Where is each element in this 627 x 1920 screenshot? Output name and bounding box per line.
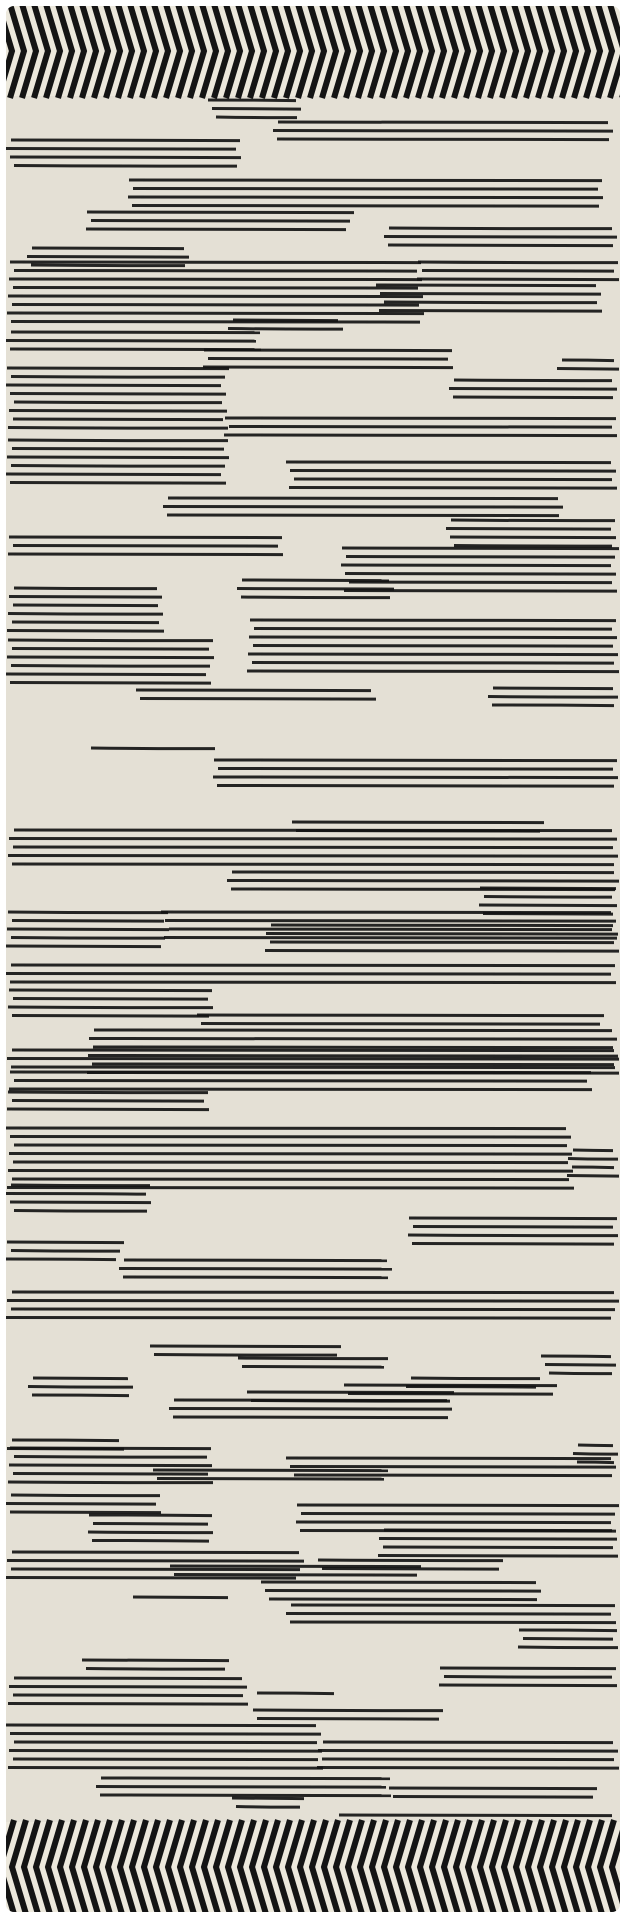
rug-field: [6, 6, 620, 1912]
runner-rug: [0, 0, 627, 1920]
bottom-herringbone-border: [0, 1820, 627, 1914]
top-herringbone-border: [0, 4, 627, 98]
